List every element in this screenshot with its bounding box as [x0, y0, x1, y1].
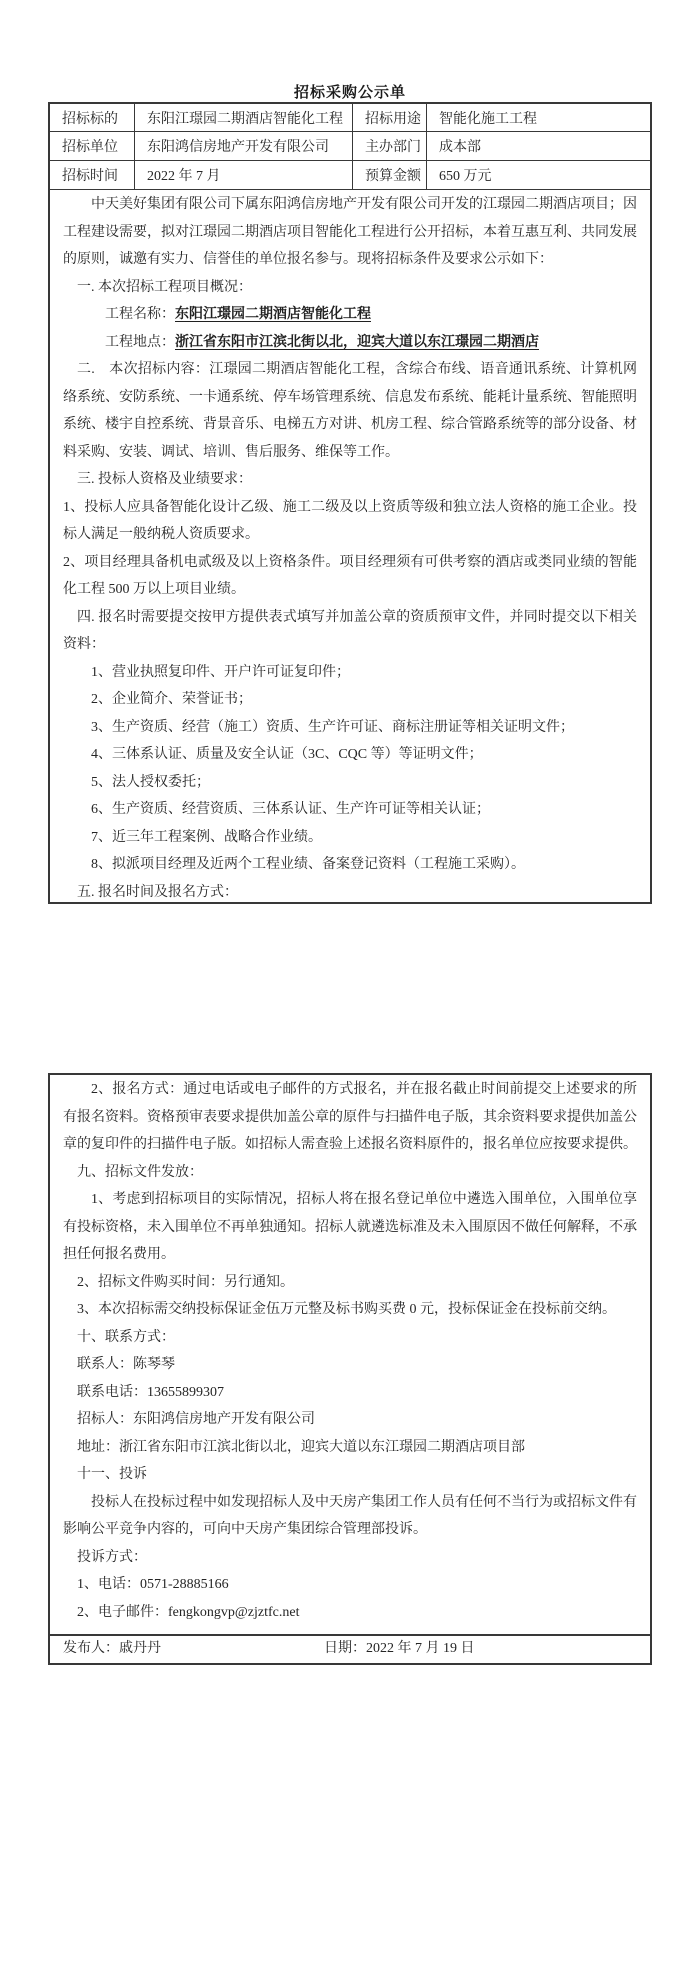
info-label-cell: 招标用途: [353, 104, 427, 132]
info-value-cell: 智能化施工工程: [427, 104, 650, 132]
complaint-method-heading: 投诉方式：: [63, 1544, 637, 1572]
section-2-paragraph: 二. 本次招标内容：江璟园二期酒店智能化工程，含综合布线、语音通讯系统、计算机网…: [63, 356, 637, 466]
intro-paragraph: 中天美好集团有限公司下属东阳鸿信房地产开发有限公司开发的江璟园二期酒店项目；因工…: [63, 191, 637, 274]
info-value-cell: 成本部: [427, 132, 650, 161]
project-location-line: 工程地点：浙江省东阳市江滨北街以北，迎宾大道以东江璟园二期酒店: [63, 329, 637, 357]
section-10-heading: 十、联系方式：: [63, 1324, 637, 1352]
notice-box-1: 招标标的 东阳江璟园二期酒店智能化工程 招标用途 智能化施工工程 招标单位 东阳…: [48, 102, 652, 904]
registration-method-paragraph: 2、报名方式：通过电话或电子邮件的方式报名，并在报名截止时间前提交上述要求的所有…: [63, 1076, 637, 1159]
info-table: 招标标的 东阳江璟园二期酒店智能化工程 招标用途 智能化施工工程 招标单位 东阳…: [50, 104, 650, 190]
address-line: 地址：浙江省东阳市江滨北街以北，迎宾大道以东江璟园二期酒店项目部: [63, 1434, 637, 1462]
info-value-cell: 东阳鸿信房地产开发有限公司: [135, 132, 353, 161]
info-label-cell: 预算金额: [353, 161, 427, 189]
issuance-item: 1、考虑到招标项目的实际情况，招标人将在报名登记单位中遴选入围单位，入围单位享有…: [63, 1186, 637, 1269]
info-value-cell: 东阳江璟园二期酒店智能化工程: [135, 104, 353, 132]
info-value-cell: 650 万元: [427, 161, 650, 189]
document-item: 2、企业简介、荣誉证书；: [63, 686, 637, 714]
complaint-paragraph: 投标人在投标过程中如发现招标人及中天房产集团工作人员有任何不当行为或招标文件有影…: [63, 1489, 637, 1544]
document-item: 6、生产资质、经营资质、三体系认证、生产许可证等相关认证；: [63, 796, 637, 824]
page-title: 招标采购公示单: [0, 81, 700, 102]
document-page: { "document": { "title": "招标采购公示单", "inf…: [0, 0, 700, 1979]
section-11-heading: 十一、投诉: [63, 1461, 637, 1489]
section-4-heading: 四. 报名时需要提交按甲方提供表式填写并加盖公章的资质预审文件，并同时提交以下相…: [63, 604, 637, 659]
document-item: 5、法人授权委托；: [63, 769, 637, 797]
qualification-item: 2、项目经理具备机电贰级及以上资格条件。项目经理须有可供考察的酒店或类同业绩的智…: [63, 549, 637, 604]
project-location-label: 工程地点：: [105, 335, 175, 350]
document-item: 1、营业执照复印件、开户许可证复印件；: [63, 659, 637, 687]
project-location-value: 浙江省东阳市江滨北街以北，迎宾大道以东江璟园二期酒店: [175, 335, 539, 350]
publisher-name: 发布人：戚丹丹: [63, 1641, 161, 1656]
section-9-heading: 九、招标文件发放：: [63, 1159, 637, 1187]
document-item: 4、三体系认证、质量及安全认证（3C、CQC 等）等证明文件；: [63, 741, 637, 769]
contact-person-line: 联系人：陈琴琴: [63, 1351, 637, 1379]
info-label-cell: 招标标的: [50, 104, 135, 132]
notice-body-1: 中天美好集团有限公司下属东阳鸿信房地产开发有限公司开发的江璟园二期酒店项目；因工…: [50, 190, 650, 902]
complaint-email-line: 2、电子邮件：fengkongvp@zjztfc.net: [63, 1599, 637, 1627]
notice-box-2: 2、报名方式：通过电话或电子邮件的方式报名，并在报名截止时间前提交上述要求的所有…: [48, 1073, 652, 1665]
section-3-heading: 三. 投标人资格及业绩要求：: [63, 466, 637, 494]
issuance-item: 3、本次招标需交纳投标保证金伍万元整及标书购买费 0 元，投标保证金在投标前交纳…: [63, 1296, 637, 1324]
issuance-item: 2、招标文件购买时间：另行通知。: [63, 1269, 637, 1297]
tenderer-line: 招标人：东阳鸿信房地产开发有限公司: [63, 1406, 637, 1434]
complaint-phone-line: 1、电话：0571-28885166: [63, 1571, 637, 1599]
info-label-cell: 主办部门: [353, 132, 427, 161]
notice-body-2: 2、报名方式：通过电话或电子邮件的方式报名，并在报名截止时间前提交上述要求的所有…: [50, 1075, 650, 1634]
project-name-line: 工程名称：东阳江璟园二期酒店智能化工程: [63, 301, 637, 329]
publisher-footer: 发布人：戚丹丹 日期：2022 年 7 月 19 日: [50, 1634, 650, 1663]
section-1-heading: 一. 本次招标工程项目概况：: [63, 274, 637, 302]
project-name-label: 工程名称：: [105, 307, 175, 322]
section-5-heading: 五. 报名时间及报名方式：: [63, 879, 637, 903]
contact-phone-line: 联系电话：13655899307: [63, 1379, 637, 1407]
document-item: 3、生产资质、经营（施工）资质、生产许可证、商标注册证等相关证明文件；: [63, 714, 637, 742]
info-label-cell: 招标单位: [50, 132, 135, 161]
project-name-value: 东阳江璟园二期酒店智能化工程: [175, 307, 371, 322]
document-item: 8、拟派项目经理及近两个工程业绩、备案登记资料（工程施工采购）。: [63, 851, 637, 879]
info-label-cell: 招标时间: [50, 161, 135, 189]
document-item: 7、近三年工程案例、战略合作业绩。: [63, 824, 637, 852]
qualification-item: 1、投标人应具备智能化设计乙级、施工二级及以上资质等级和独立法人资格的施工企业。…: [63, 494, 637, 549]
info-value-cell: 2022 年 7 月: [135, 161, 353, 189]
publish-date: 日期：2022 年 7 月 19 日: [324, 1636, 475, 1662]
